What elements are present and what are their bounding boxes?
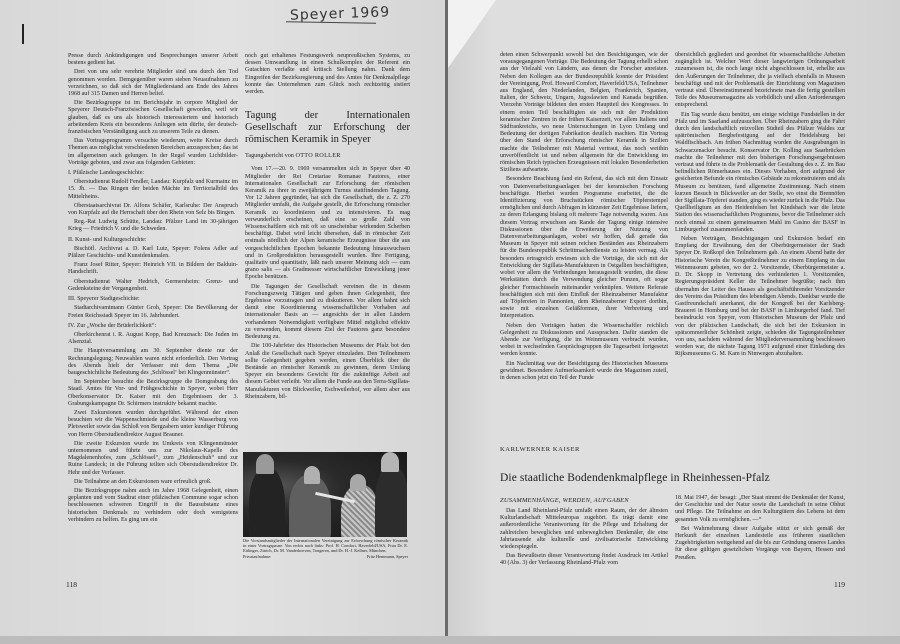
photo-credit: Fritz Hemmann, Speyer: [367, 554, 408, 559]
article2-column-1: Das Land Rheinland-Pfalz umfaßt einen Ra…: [500, 508, 668, 570]
section-heading: II. Kunst- und Kulturgeschichte:: [68, 237, 238, 244]
body-paragraph: Die zweite Exkursion wurde im Umkreis vo…: [68, 441, 238, 477]
body-paragraph: Ein Tag wurde dazu benützt, um einige wi…: [675, 112, 845, 234]
caption-label: Privataufnahme:: [243, 554, 271, 559]
article2-subtitle: ZUSAMMENHÄNGE, WERDEN, AUFGABEN: [500, 497, 629, 504]
right-page: deten einen Schwerpunkt sowohl bei den B…: [448, 0, 900, 644]
body-paragraph: Bischöfl. Archivrat a. D. Karl Lutz, Spe…: [68, 246, 238, 260]
body-paragraph: Besondere Beachtung fand ein Referat, da…: [500, 176, 668, 320]
body-paragraph: Im September besuchte die Bezirksgruppe …: [68, 379, 238, 408]
column-continuation-text: noch gut erhaltenes Festungswerk neupreu…: [245, 53, 410, 96]
section-heading: I. Pfälzische Landesgeschichte:: [68, 170, 238, 177]
scan-bottom-edge: [0, 636, 900, 644]
body-paragraph: Oberstudienrat Walter Hedrich, Germershe…: [68, 279, 238, 293]
article2-paragraph: 18. Mai 1947, der besagt: „Der Staat nim…: [675, 495, 845, 524]
section-heading: IV. Zur „Woche der Brüderlichkeit“:: [68, 323, 238, 330]
byline-author: OTTO ROLLER: [295, 152, 340, 159]
body-paragraph: Presse durch Ankündigungen und Besprechu…: [68, 53, 238, 67]
page-number-left: 118: [66, 580, 77, 589]
body-paragraph: Die Bezirksgruppe nahm auch im Jahre 196…: [68, 488, 238, 524]
left-page-column-1: Presse durch Ankündigungen und Besprechu…: [68, 53, 238, 526]
article2-paragraph: Das Land Rheinland-Pfalz umfaßt einen Ra…: [500, 508, 668, 551]
article2-author: KARLWERNER KAISER: [500, 446, 580, 453]
right-page-column-2: übersichtlich gegliedert und geordnet fü…: [675, 52, 845, 361]
body-paragraph: Das Vortragsprogramm versuchte wiederum,…: [68, 138, 238, 167]
article-paragraph: Vom 17.—20. 9. 1969 versammelten sich in…: [245, 166, 410, 281]
body-paragraph: Oberstaatsarchivrat Dr. Alfons Schäfer, …: [68, 203, 238, 217]
body-paragraph: übersichtlich gegliedert und geordnet fü…: [675, 52, 845, 110]
body-paragraph: Die Hauptversammlung am 30. September di…: [68, 348, 238, 377]
article2-paragraph: Das Bewußtsein dieser Verantwortung find…: [500, 553, 668, 567]
page-number-right: 119: [834, 580, 845, 589]
article-byline: Tagungsbericht von OTTO ROLLER: [245, 152, 410, 159]
body-paragraph: Oberstudienrat Rudolf Fendler, Landau: K…: [68, 179, 238, 201]
article2-column-2: 18. Mai 1947, der besagt: „Der Staat nim…: [675, 495, 845, 564]
body-paragraph: Neben Vorträgen, Besichtigungen und Exku…: [675, 236, 845, 358]
margin-pen-mark: [22, 24, 24, 44]
article-title: Tagung der Internationalen Gesellschaft …: [245, 110, 410, 146]
page-corner-fold: [448, 0, 496, 68]
left-page-column-2: noch gut erhaltenes Festungswerk neupreu…: [245, 53, 410, 403]
body-paragraph: Franz Josef Ritter, Speyer: Heinrich VII…: [68, 262, 238, 276]
body-paragraph: Oberkirchenrat i. R. August Kopp, Bad Kr…: [68, 332, 238, 346]
article-paragraph: Die 100-Jahrfeier des Historischen Museu…: [245, 343, 410, 401]
article-paragraph: Die Tagungen der Gesellschaft vereinen d…: [245, 284, 410, 342]
body-paragraph: Die Teilnahme an den Exkursionen ware er…: [68, 479, 238, 486]
article2-title: Die staatliche Bodendenkmalpflege in Rhe…: [500, 472, 770, 484]
body-paragraph: Drei von uns sehr verehrte Mitglieder si…: [68, 69, 238, 98]
caption-text: Die Vorstandsmitglieder der Internationa…: [243, 538, 408, 554]
body-paragraph: deten einen Schwerpunkt sowohl bei den B…: [500, 52, 668, 174]
book-spread: Speyer 1969 Presse durch Ankündigungen u…: [0, 0, 900, 644]
byline-prefix: Tagungsbericht von: [245, 152, 294, 159]
left-page: Speyer 1969 Presse durch Ankündigungen u…: [0, 0, 446, 644]
section-heading: III. Speyerer Stadtgeschichte:: [68, 296, 238, 303]
body-paragraph: Reg.-Rat Ludwig Schütte, Landau: Pfälzer…: [68, 219, 238, 233]
body-paragraph: Zwei Exkursionen wurden durchgeführt. Wä…: [68, 410, 238, 439]
right-page-column-1: deten einen Schwerpunkt sowohl bei den B…: [500, 52, 668, 384]
article2-paragraph: Bei Wahrnehmung dieser Aufgabe stützt er…: [675, 526, 845, 562]
body-paragraph: Ein Nachmittag war der Besichtigung des …: [500, 361, 668, 383]
body-paragraph: Neben den Vorträgen hatten die Wissensch…: [500, 323, 668, 359]
body-paragraph: Stadtarchivamtmann Günter Groh, Speyer: …: [68, 305, 238, 319]
body-paragraph: Die Bezirksgruppe ist im Berichtsjahr in…: [68, 100, 238, 136]
photo-caption: Die Vorstandsmitglieder der Internationa…: [243, 538, 408, 559]
group-photo: [243, 452, 407, 537]
